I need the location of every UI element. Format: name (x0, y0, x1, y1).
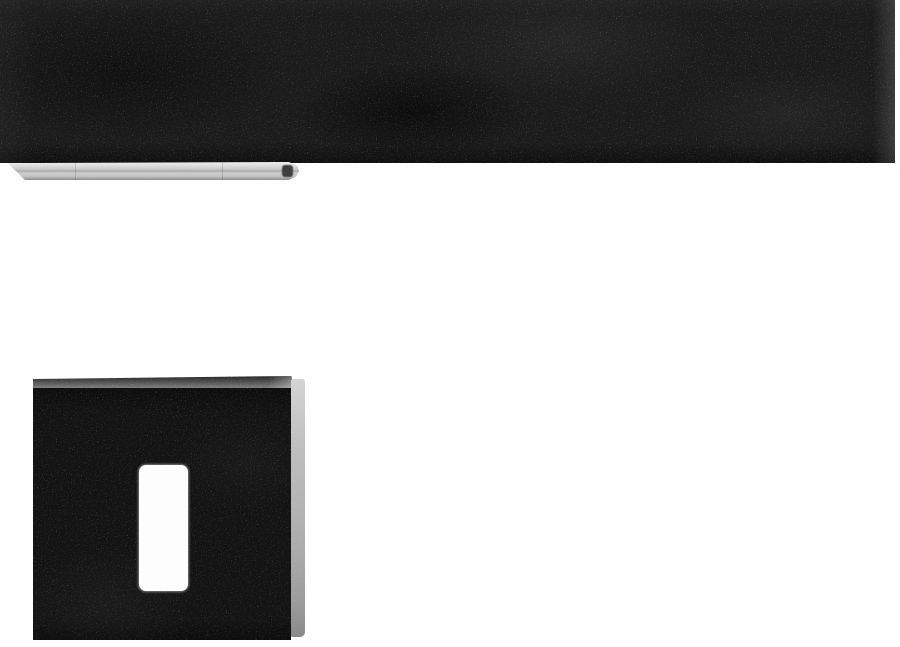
rosette-face (33, 388, 291, 640)
key-rosette (33, 376, 305, 641)
lever-bar-shading (0, 0, 895, 163)
rosette-side-bevel (291, 379, 305, 637)
rosette-top-bevel (33, 376, 294, 388)
door-handle-product-photo (0, 0, 900, 647)
lever-underside-strip (8, 162, 299, 180)
keyhole-cutout (139, 465, 188, 591)
strip-seam (75, 162, 76, 180)
fixing-mark (282, 165, 293, 177)
strip-seam (222, 162, 223, 180)
lever-handle-bar (0, 0, 895, 163)
